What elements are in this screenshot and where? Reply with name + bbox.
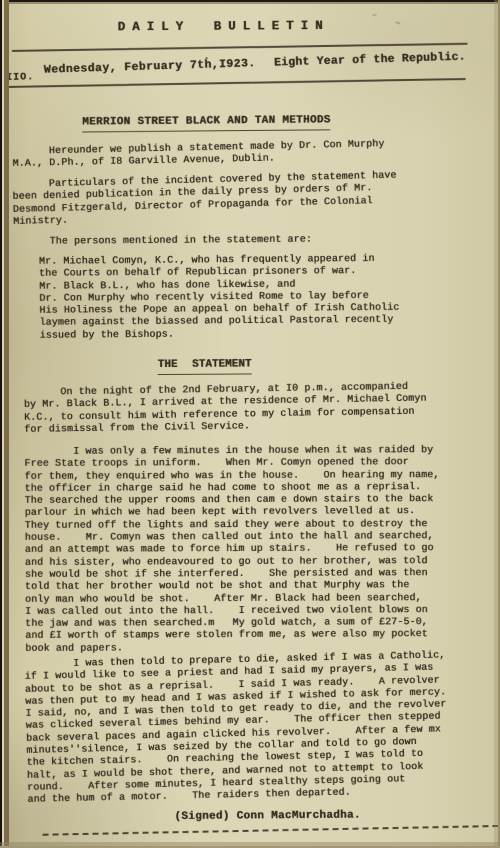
masthead-title: DAILY BULLETIN (118, 17, 498, 35)
statement-paragraph-2: I was only a few minutes in the house wh… (24, 445, 500, 656)
article-headline: MERRION STREET BLACK AND TAN METHODS (82, 113, 331, 132)
intro-paragraph-2: Particulars of the incident covered by t… (12, 168, 499, 229)
persons-list: Mr. Michael Comyn, K.C., who has frequen… (39, 253, 500, 343)
intro-paragraph-3: The persons mentioned in the statement a… (13, 233, 499, 249)
headline-row: MERRION STREET BLACK AND TAN METHODS (82, 110, 498, 133)
document-content: DAILY BULLETIN IIO. Wednesday, February … (0, 0, 500, 836)
statement-heading-row: THE STATEMENT (158, 354, 500, 375)
paper-speck (205, 57, 208, 59)
scanned-bulletin-page: DAILY BULLETIN IIO. Wednesday, February … (0, 0, 500, 848)
statement-paragraph-1: On the night of the 2nd February, at I0 … (24, 381, 500, 438)
intro-paragraph-1: Hereunder we publish a statement made by… (12, 137, 498, 172)
paper-speck (418, 54, 421, 57)
page-bottom-edge (0, 834, 500, 848)
dateline-date: Wednesday, February 7th,I923. (44, 56, 256, 78)
dateline-era: Eight Year of the Republic. (274, 50, 466, 71)
statement-heading: THE STATEMENT (158, 358, 252, 376)
dashed-divider (43, 825, 499, 836)
top-divider-rule (12, 43, 468, 52)
signature-line: (Signed) Conn MacMurchadha. (174, 808, 500, 824)
second-divider-rule (8, 78, 466, 88)
issue-number: IIO. (6, 70, 34, 86)
dateline: IIO. Wednesday, February 7th,I923. Eight… (6, 49, 498, 80)
statement-paragraph-3: I was then told to prepare to die, asked… (24, 649, 500, 807)
